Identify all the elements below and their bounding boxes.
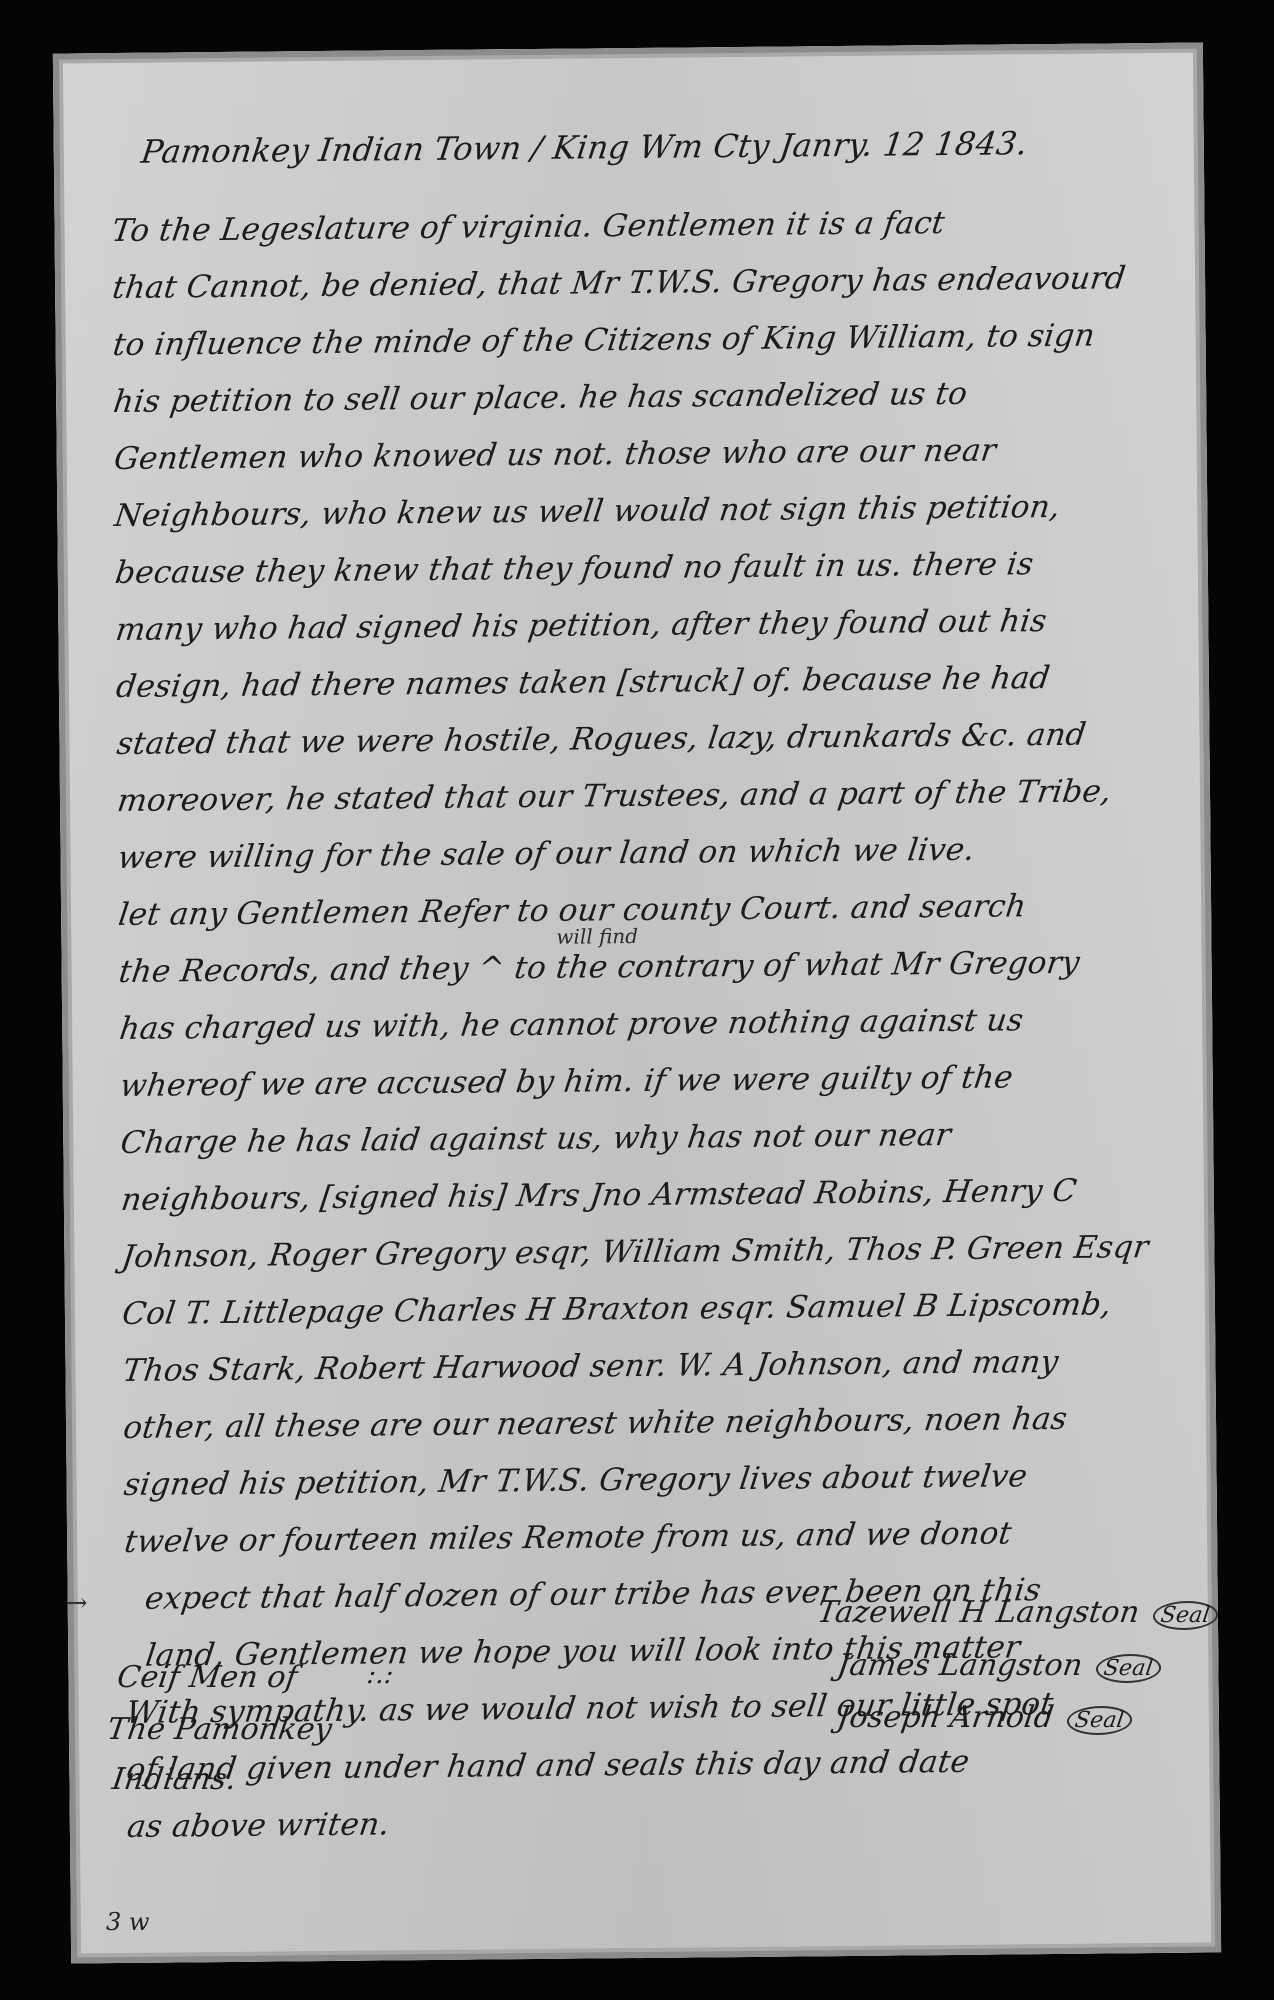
signature-2-seal: Seal — [1094, 1654, 1163, 1683]
closing-line-2: The Pamonkey — [105, 1712, 334, 1747]
closing-line-1: Ceif Men of — [115, 1660, 300, 1695]
signature-1: Tazewell H Langston Seal — [815, 1595, 1221, 1630]
body-line-8: many who had signed his petition, after … — [114, 603, 1049, 648]
closing-mark: :.: — [365, 1660, 396, 1690]
body-line-6: Neighbours, who knew us well would not s… — [112, 489, 1062, 534]
body-line-16: whereof we are accused by him. if we wer… — [118, 1059, 1015, 1104]
body-line-17: Charge he has laid against us, why has n… — [118, 1117, 953, 1161]
body-line-19: Johnson, Roger Gregory esqr, William Smi… — [120, 1229, 1151, 1275]
signature-1-seal: Seal — [1151, 1601, 1220, 1630]
body-line-4: his petition to sell our place. he has s… — [111, 376, 969, 420]
signature-2-name: James Langston — [835, 1648, 1085, 1683]
body-line-20: Col T. Littlepage Charles H Braxton esqr… — [120, 1286, 1114, 1332]
signature-3: Joseph Arnold Seal — [835, 1700, 1135, 1735]
body-line-22: other, all these are our nearest white n… — [121, 1401, 1069, 1446]
body-line-23: signed his petition, Mr T.W.S. Gregory l… — [122, 1458, 1030, 1503]
closing-line-3: Indians. — [110, 1762, 239, 1797]
body-line-29: as above writen. — [125, 1806, 392, 1845]
margin-arrow-mark: → — [66, 1588, 88, 1618]
body-line-9: design, had there names taken [struck] o… — [114, 660, 1052, 705]
body-line-5: Gentlemen who knowed us not. those who a… — [112, 433, 998, 478]
body-line-28: of land given under hand and seals this … — [125, 1744, 972, 1788]
body-line-15: has charged us with, he cannot prove not… — [117, 1002, 1025, 1047]
signature-2: James Langston Seal — [835, 1648, 1164, 1683]
body-line-1: To the Legeslature of virginia. Gentleme… — [110, 205, 947, 249]
body-line-10: stated that we were hostile, Rogues, laz… — [115, 717, 1089, 762]
body-line-2: that Cannot, be denied, that Mr T.W.S. G… — [110, 260, 1127, 306]
signature-3-name: Joseph Arnold — [835, 1700, 1056, 1735]
signature-3-seal: Seal — [1065, 1706, 1134, 1735]
body-line-7: because they knew that they found no fau… — [113, 546, 1036, 591]
body-line-18: neighbours, [signed his] Mrs Jno Armstea… — [119, 1173, 1079, 1218]
document-header-line: Pamonkey Indian Town / King Wm Cty Janry… — [139, 124, 1030, 171]
body-line-21: Thos Stark, Robert Harwood senr. W. A Jo… — [121, 1344, 1061, 1389]
body-line-24: twelve or fourteen miles Remote from us,… — [122, 1515, 1013, 1560]
body-line-3: to influence the minde of the Citizens o… — [111, 318, 1097, 363]
interlinear-insertion: will find — [556, 924, 638, 949]
body-line-14: the Records, and they ^ to the contrary … — [117, 945, 1082, 990]
body-line-12: were willing for the sale of our land on… — [116, 832, 977, 876]
body-line-11: moreover, he stated that our Trustees, a… — [115, 773, 1113, 819]
signature-1-name: Tazewell H Langston — [815, 1595, 1142, 1630]
folio-number: 3 w — [106, 1908, 149, 1936]
